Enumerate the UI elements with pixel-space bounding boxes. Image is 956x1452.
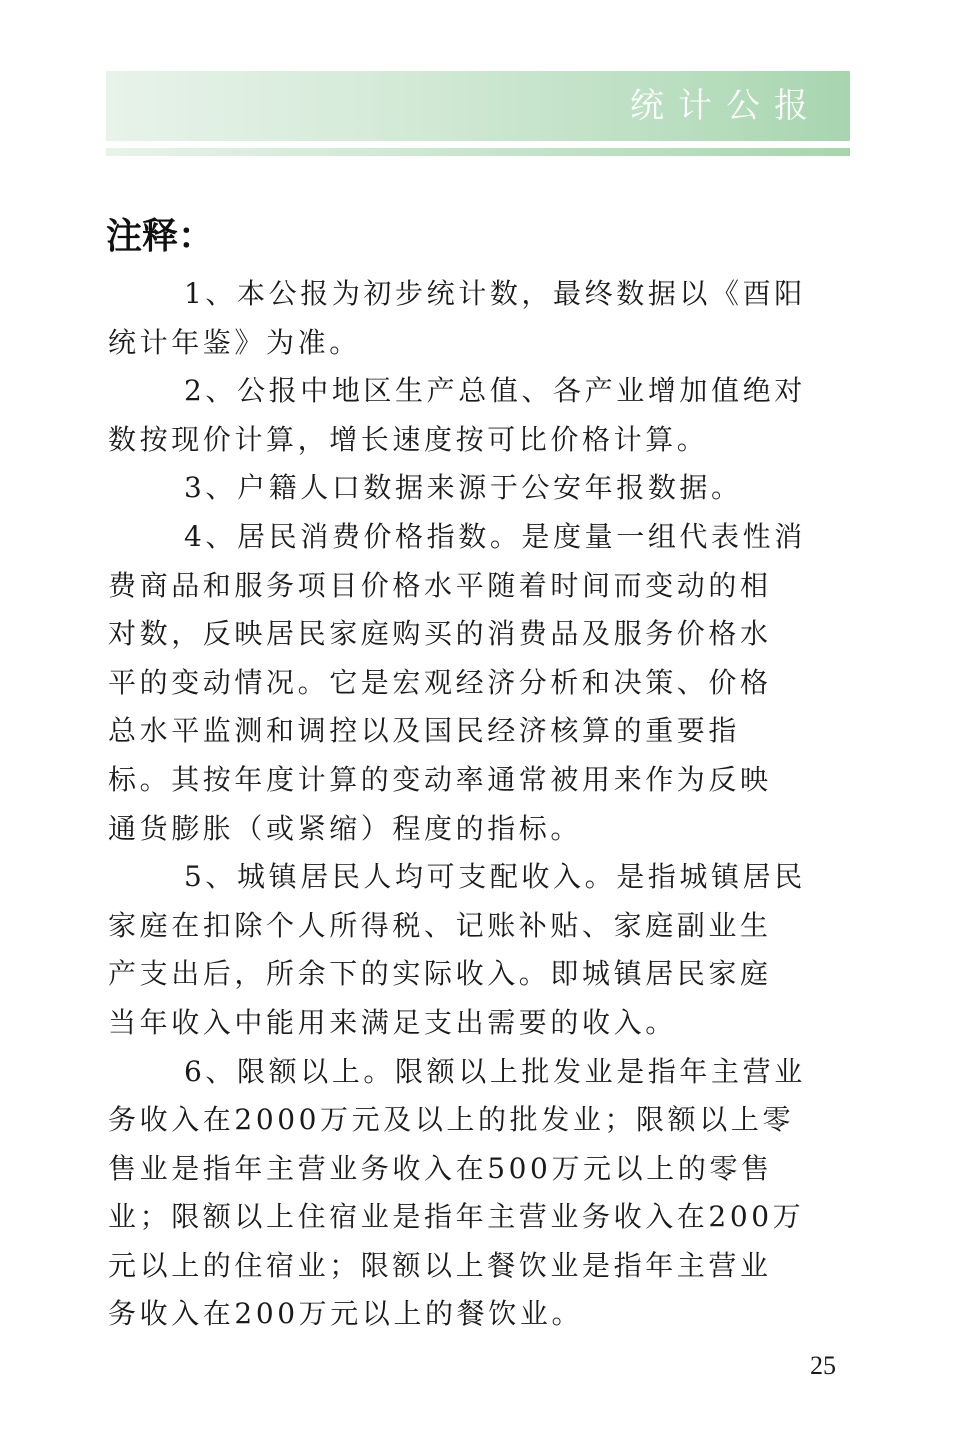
note-3: 3、户籍人口数据来源于公安年报数据。 — [108, 464, 852, 513]
note-line: 通货膨胀（或紧缩）程度的指标。 — [108, 805, 852, 854]
note-line: 3、户籍人口数据来源于公安年报数据。 — [108, 464, 852, 513]
note-line: 总水平监测和调控以及国民经济核算的重要指 — [108, 707, 852, 756]
notes-list: 1、本公报为初步统计数，最终数据以《酉阳 统计年鉴》为准。 2、公报中地区生产总… — [108, 270, 852, 1339]
note-line: 费商品和服务项目价格水平随着时间而变动的相 — [108, 562, 852, 611]
note-line: 务收入在2000万元及以上的批发业；限额以上零 — [108, 1096, 852, 1145]
note-line: 4、居民消费价格指数。是度量一组代表性消 — [108, 513, 852, 562]
note-line: 1、本公报为初步统计数，最终数据以《酉阳 — [108, 270, 852, 319]
note-line: 6、限额以上。限额以上批发业是指年主营业 — [108, 1048, 852, 1097]
header-divider — [106, 148, 850, 156]
note-line: 产支出后，所余下的实际收入。即城镇居民家庭 — [108, 950, 852, 999]
note-4: 4、居民消费价格指数。是度量一组代表性消 费商品和服务项目价格水平随着时间而变动… — [108, 513, 852, 853]
note-line: 对数，反映居民家庭购买的消费品及服务价格水 — [108, 610, 852, 659]
note-6: 6、限额以上。限额以上批发业是指年主营业 务收入在2000万元及以上的批发业；限… — [108, 1048, 852, 1340]
page-number: 25 — [810, 1350, 836, 1382]
note-line: 平的变动情况。它是宏观经济分析和决策、价格 — [108, 659, 852, 708]
note-line: 数按现价计算，增长速度按可比价格计算。 — [108, 416, 852, 465]
note-line: 2、公报中地区生产总值、各产业增加值绝对 — [108, 367, 852, 416]
section-heading: 注释： — [106, 212, 214, 260]
note-1: 1、本公报为初步统计数，最终数据以《酉阳 统计年鉴》为准。 — [108, 270, 852, 367]
note-line: 元以上的住宿业；限额以上餐饮业是指年主营业 — [108, 1242, 852, 1291]
note-2: 2、公报中地区生产总值、各产业增加值绝对 数按现价计算，增长速度按可比价格计算。 — [108, 367, 852, 464]
note-line: 务收入在200万元以上的餐饮业。 — [108, 1290, 852, 1339]
note-line: 当年收入中能用来满足支出需要的收入。 — [108, 999, 852, 1048]
note-5: 5、城镇居民人均可支配收入。是指城镇居民 家庭在扣除个人所得税、记账补贴、家庭副… — [108, 853, 852, 1047]
header-title: 统计公报 — [630, 83, 822, 129]
note-line: 统计年鉴》为准。 — [108, 319, 852, 368]
note-line: 售业是指年主营业务收入在500万元以上的零售 — [108, 1145, 852, 1194]
header-band: 统计公报 — [106, 71, 850, 141]
note-line: 家庭在扣除个人所得税、记账补贴、家庭副业生 — [108, 902, 852, 951]
note-line: 业；限额以上住宿业是指年主营业务收入在200万 — [108, 1193, 852, 1242]
note-line: 5、城镇居民人均可支配收入。是指城镇居民 — [108, 853, 852, 902]
note-line: 标。其按年度计算的变动率通常被用来作为反映 — [108, 756, 852, 805]
